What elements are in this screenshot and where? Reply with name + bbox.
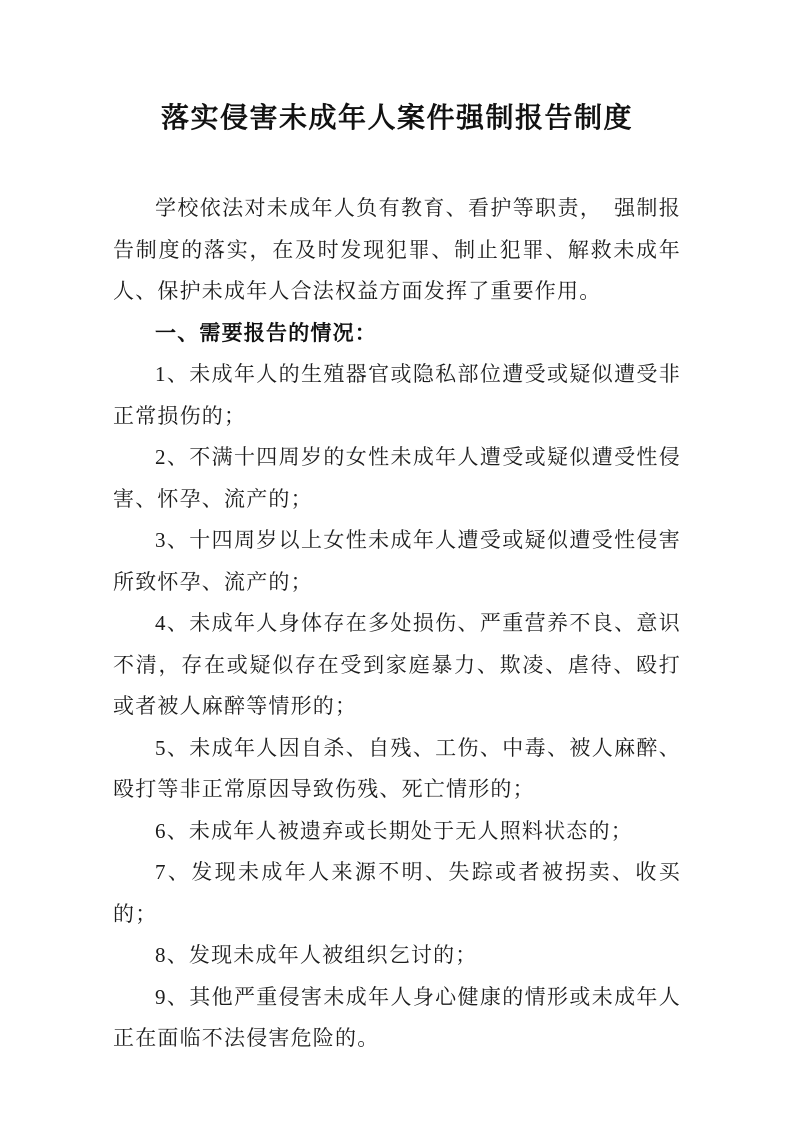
document-page: 落实侵害未成年人案件强制报告制度 学校依法对未成年人负有教育、看护等职责， 强制… xyxy=(0,0,793,1122)
report-item-7: 7、发现未成年人来源不明、失踪或者被拐卖、收买的； xyxy=(113,852,681,935)
report-item-1: 1、未成年人的生殖器官或隐私部位遭受或疑似遭受非正常损伤的； xyxy=(113,354,681,437)
report-item-2: 2、不满十四周岁的女性未成年人遭受或疑似遭受性侵害、怀孕、流产的； xyxy=(113,437,681,520)
report-item-4: 4、未成年人身体存在多处损伤、严重营养不良、意识不清，存在或疑似存在受到家庭暴力… xyxy=(113,603,681,728)
intro-paragraph: 学校依法对未成年人负有教育、看护等职责， 强制报告制度的落实，在及时发现犯罪、制… xyxy=(113,188,681,313)
section-heading: 一、需要报告的情况： xyxy=(113,313,681,355)
report-item-9: 9、其他严重侵害未成年人身心健康的情形或未成年人正在面临不法侵害危险的。 xyxy=(113,977,681,1060)
document-title: 落实侵害未成年人案件强制报告制度 xyxy=(113,96,681,142)
report-item-8: 8、发现未成年人被组织乞讨的； xyxy=(113,935,681,977)
report-item-6: 6、未成年人被遗弃或长期处于无人照料状态的； xyxy=(113,811,681,853)
report-item-3: 3、十四周岁以上女性未成年人遭受或疑似遭受性侵害所致怀孕、流产的； xyxy=(113,520,681,603)
report-item-5: 5、未成年人因自杀、自残、工伤、中毒、被人麻醉、殴打等非正常原因导致伤残、死亡情… xyxy=(113,728,681,811)
